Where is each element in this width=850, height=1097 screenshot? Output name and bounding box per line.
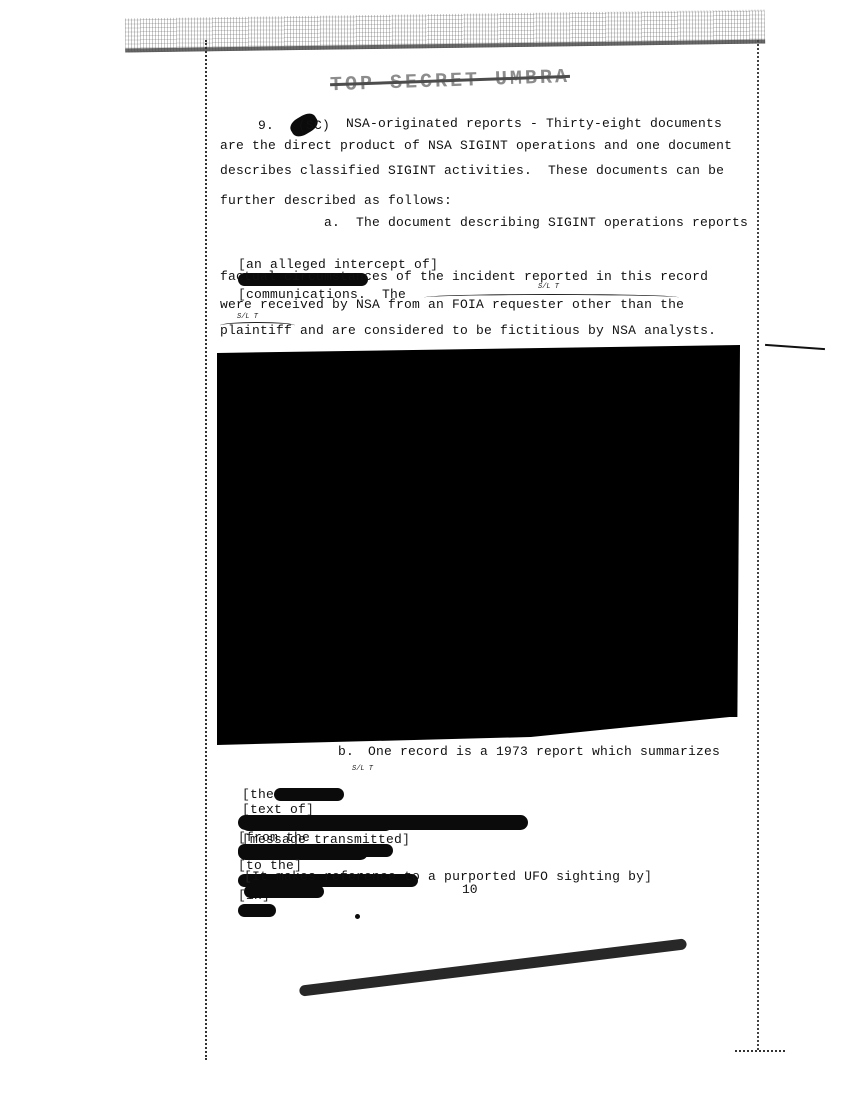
subparagraph-a-line-1: The document describing SIGINT operation… xyxy=(356,215,748,230)
page-edge-left xyxy=(205,40,207,1060)
bracket: [ xyxy=(244,869,252,884)
subparagraph-a-label: a. xyxy=(324,215,340,230)
page-edge-right xyxy=(757,40,759,1050)
text: It makes reference to a purported UFO si… xyxy=(252,869,644,884)
annotation-sgt: S/L T xyxy=(538,283,559,291)
redaction-block xyxy=(217,345,740,745)
scan-artifact-top xyxy=(125,10,765,53)
page-number: 10 xyxy=(462,882,478,897)
paragraph-9-line-4: further described as follows: xyxy=(220,193,452,208)
bracket: ] xyxy=(644,869,652,884)
page-edge-bottom xyxy=(735,1050,785,1052)
redaction xyxy=(238,904,276,917)
subparagraph-a-line-5: plaintiff and are considered to be ficti… xyxy=(220,323,716,338)
paragraph-9-marking: (SC) xyxy=(298,118,330,133)
subparagraph-a-line-3: factual circumstances of the incident re… xyxy=(220,269,708,284)
scan-artifact-bottom xyxy=(299,938,687,996)
subparagraph-b-label: b. xyxy=(338,744,354,759)
paragraph-9-number: 9. xyxy=(258,118,274,133)
subparagraph-b-line-1: One record is a 1973 report which summar… xyxy=(368,744,720,759)
subparagraph-a-line-4: were received by NSA from an FOIA reques… xyxy=(220,297,684,312)
subparagraph-b-line-5: [It makes reference to a purported UFO s… xyxy=(228,854,652,899)
redaction xyxy=(244,885,324,898)
annotation-sgt: S/L T xyxy=(237,313,258,321)
classification-banner: TOP SECRET UMBRA xyxy=(330,62,691,98)
paragraph-9-line-2: are the direct product of NSA SIGINT ope… xyxy=(220,138,732,153)
paragraph-9-line-1: NSA-originated reports - Thirty-eight do… xyxy=(346,116,722,131)
scan-speck xyxy=(355,914,360,919)
paragraph-9-line-3: describes classified SIGINT activities. … xyxy=(220,163,724,178)
margin-mark xyxy=(765,344,825,350)
